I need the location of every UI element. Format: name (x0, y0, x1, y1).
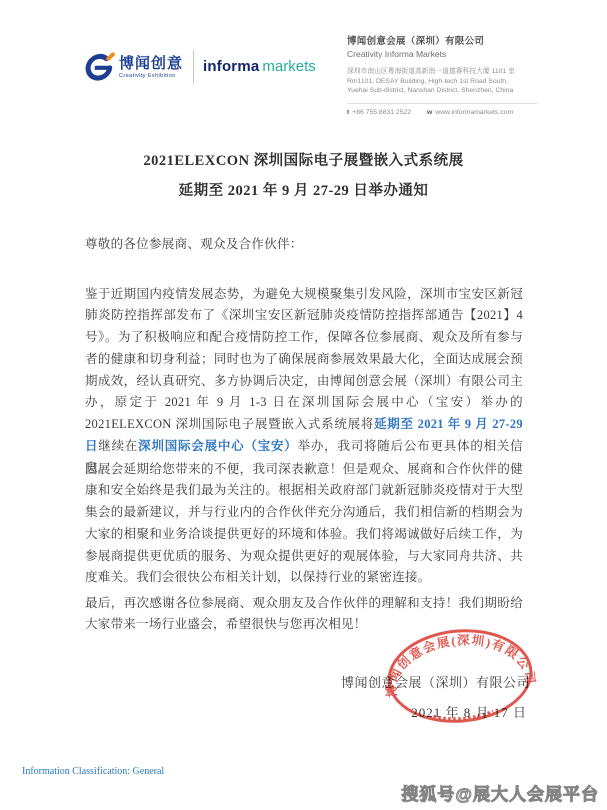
company-info-block: 博闻创意会展（深圳）有限公司 Creativity Informa Market… (347, 33, 537, 116)
informa-markets-wordmark: informamarkets (203, 58, 316, 76)
classification-label: Information Classification: General (22, 766, 164, 777)
p1-venue-highlight: 深圳国际会展中心（宝安） (138, 439, 297, 453)
notice-title: 2021ELEXCON 深圳国际电子展暨嵌入式系统展 延期至 2021 年 9 … (0, 146, 607, 206)
paragraph-postponement: 鉴于近期国内疫情发展态势，为避免大规模聚集引发风险，深圳市宝安区新冠肺炎防控指挥… (85, 284, 523, 480)
address-line-zh: 深圳市南山区粤海街道高新南一道德赛科技大厦 1101 室 (347, 67, 537, 77)
signature-company: 博闻创意会展（深圳）有限公司 (0, 672, 607, 691)
phone-number: +86 755 8831 2522 (352, 109, 411, 116)
salutation: 尊敬的各位参展商、观众及合作伙伴： (85, 234, 523, 252)
sohu-watermark: 搜狐号@展大人会展平台 (401, 780, 599, 805)
web-row: w www.informamarkets.com (427, 109, 513, 116)
logo-subtitle: Creativity Exhibition (119, 73, 183, 79)
document-page: 博闻创意 Creativity Exhibition informamarket… (0, 0, 607, 810)
phone-icon: t (347, 109, 349, 116)
address-line-en1: Rm1101, DESAY Building, High-tech 1st Ro… (347, 77, 537, 87)
header-divider (347, 103, 537, 104)
company-name-zh: 博闻创意会展（深圳）有限公司 (347, 33, 537, 47)
p1-text-b: 继续在 (98, 439, 138, 453)
globe-icon: w (427, 109, 432, 116)
company-address: 深圳市南山区粤海街道高新南一道德赛科技大厦 1101 室 Rm1101, DES… (347, 67, 537, 96)
notice-title-line1: 2021ELEXCON 深圳国际电子展暨嵌入式系统展 (0, 146, 607, 176)
company-name-en: Creativity Informa Markets (347, 49, 537, 59)
contact-row: t +86 755 8831 2522 w www.informamarkets… (347, 109, 537, 116)
logo-text-block: 博闻创意 Creativity Exhibition (119, 56, 183, 79)
paragraph-apology: 因展会延期给您带来的不便，我司深表歉意！但是观众、展商和合作伙伴的健康和安全始终… (85, 459, 523, 590)
informa-wordmark: informa (203, 58, 259, 75)
p1-text-a: 鉴于近期国内疫情发展态势，为避免大规模聚集引发风险，深圳市宝安区新冠肺炎防控指挥… (85, 287, 523, 432)
logo-company-zh: 博闻创意 (119, 56, 183, 71)
paragraph-thanks: 最后，再次感谢各位参展商、观众朋友及合作伙伴的理解和支持！我们期盼给大家带来一场… (85, 593, 523, 637)
informa-e-icon (82, 51, 115, 83)
logo-block: 博闻创意 Creativity Exhibition informamarket… (84, 50, 316, 84)
markets-wordmark: markets (262, 58, 315, 75)
address-line-en2: Yuehai Sub-district, Nanshan District, S… (347, 86, 537, 96)
logo-divider (193, 50, 194, 84)
signature-date: 2021 年 8 月 17 日 (0, 702, 607, 721)
notice-title-line2: 延期至 2021 年 9 月 27-29 日举办通知 (0, 176, 607, 206)
website-url: www.informamarkets.com (435, 109, 513, 116)
